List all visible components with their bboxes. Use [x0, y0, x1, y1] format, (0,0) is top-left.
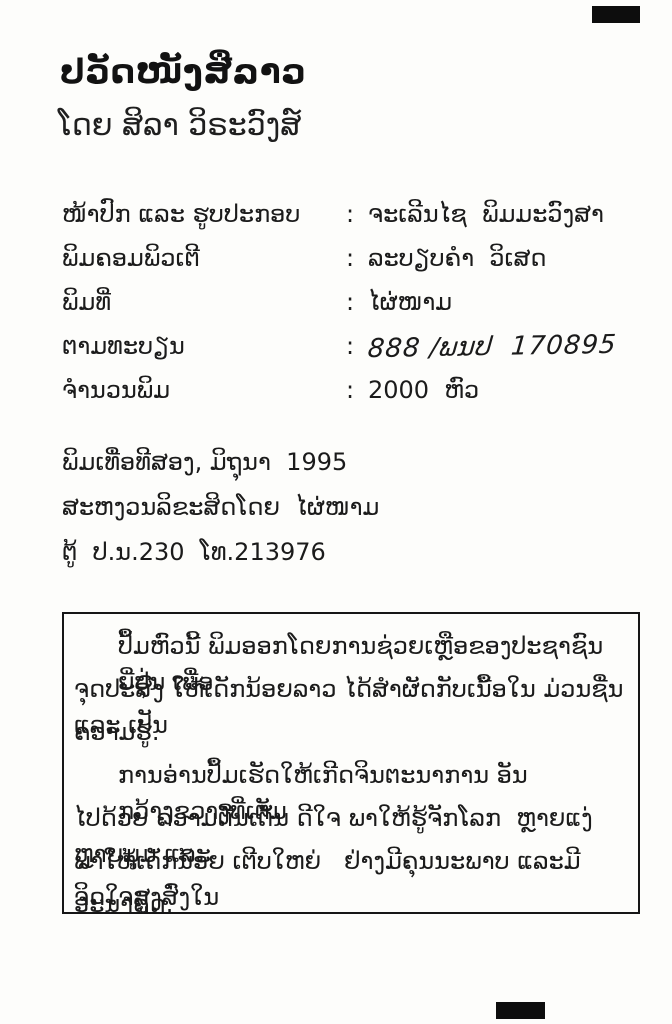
imprint-label: ຕາມທະບຽນ	[62, 332, 346, 360]
imprint-row-typesetting: ພິມຄອມພິວເຕີ : ລະບຽບຄຳ ວິເສດ	[62, 244, 622, 288]
edition-copyright-line: ສະຫງວນລິຂະສິດໂດຍ ໄຜ່ໜາມ	[62, 493, 379, 538]
notice-paragraph1-line: ປຶ້ມຫົວນີ້ ພິມອອກໂດຍການຊ່ວຍເຫຼືອຂອງປະຊາຊ…	[74, 628, 628, 671]
edition-printing-line: ພິມເທື່ອທີສອງ, ມິຖຸນາ 1995	[62, 448, 379, 493]
imprint-separator: :	[346, 376, 368, 404]
imprint-label: ພິມຄອມພິວເຕີ	[62, 244, 346, 272]
notice-paragraph2-line: ອະນາຄົດ.	[74, 886, 628, 929]
imprint-separator: :	[346, 288, 368, 316]
imprint-row-print-run: ຈຳນວນພິມ : 2000 ຫົວ	[62, 376, 622, 420]
imprint-row-registration: ຕາມທະບຽນ : 888 /ພນປ 170895	[62, 332, 622, 376]
notice-paragraph2-line: ໄປດ້ວຍ ຄວາມຕື່ນເຕັ້ນ ດີໃຈ ພາໃຫ້ຮູ້ຈັກໂລກ…	[74, 800, 628, 843]
notice-box: ປຶ້ມຫົວນີ້ ພິມອອກໂດຍການຊ່ວຍເຫຼືອຂອງປະຊາຊ…	[62, 612, 640, 914]
imprint-label: ພິມທີ່	[62, 288, 346, 316]
scan-mark-bottom-center-icon	[496, 1002, 545, 1019]
imprint-value: ລະບຽບຄຳ ວິເສດ	[368, 244, 622, 272]
edition-contact-line: ຕູ້ ປ.ນ.230 ໂທ.213976	[62, 538, 379, 583]
edition-block: ພິມເທື່ອທີສອງ, ມິຖຸນາ 1995 ສະຫງວນລິຂະສິດ…	[62, 448, 379, 583]
imprint-row-cover: ໜ້າປົກ ແລະ ຮູບປະກອບ : ຈະເລີນໄຊ ພິມມະວົງສ…	[62, 200, 622, 244]
imprint-value: 2000 ຫົວ	[368, 376, 622, 404]
imprint-separator: :	[346, 200, 368, 228]
imprint-value: ຈະເລີນໄຊ ພິມມະວົງສາ	[368, 200, 622, 228]
imprint-value: ໄຜ່ໜາມ	[368, 288, 622, 316]
imprint-label: ຈຳນວນພິມ	[62, 376, 346, 404]
notice-paragraph2-line: ພາໃຫ້ເດັກນ້ອຍ ເຕີບໃຫຍ່ ຢ່າງມີຄຸນນະພາບ ແລ…	[74, 843, 628, 886]
imprint-value-handwritten: 888 /ພນປ 170895	[368, 332, 622, 362]
imprint-row-printer: ພິມທີ່ : ໄຜ່ໜາມ	[62, 288, 622, 332]
imprint-separator: :	[346, 244, 368, 272]
handwritten-registration-number: 888 /ພນປ 170895	[366, 330, 617, 364]
scan-mark-top-right-icon	[592, 6, 640, 23]
notice-paragraph1-line: ຈຸດປະສົງ ໃຫ້ເດັກນ້ອຍລາວ ໄດ້ສຳຜັດກັບເນື້ອ…	[74, 671, 628, 714]
author-byline: ໂດຍ ສິລາ ວິຣະວົງສ໌	[58, 108, 301, 143]
page-title: ປວັດໜັງສືລາວ	[60, 52, 307, 92]
imprint-separator: :	[346, 332, 368, 360]
notice-paragraph1-line: ຄວາມຮູ້.	[74, 714, 628, 757]
notice-paragraph2-line: ການອ່ານປຶ້ມເຮັດໃຫ້ເກີດຈິນຕະນາການ ອັນກວ້າ…	[74, 757, 628, 800]
imprint-label: ໜ້າປົກ ແລະ ຮູບປະກອບ	[62, 200, 346, 228]
imprint-table: ໜ້າປົກ ແລະ ຮູບປະກອບ : ຈະເລີນໄຊ ພິມມະວົງສ…	[62, 200, 622, 420]
